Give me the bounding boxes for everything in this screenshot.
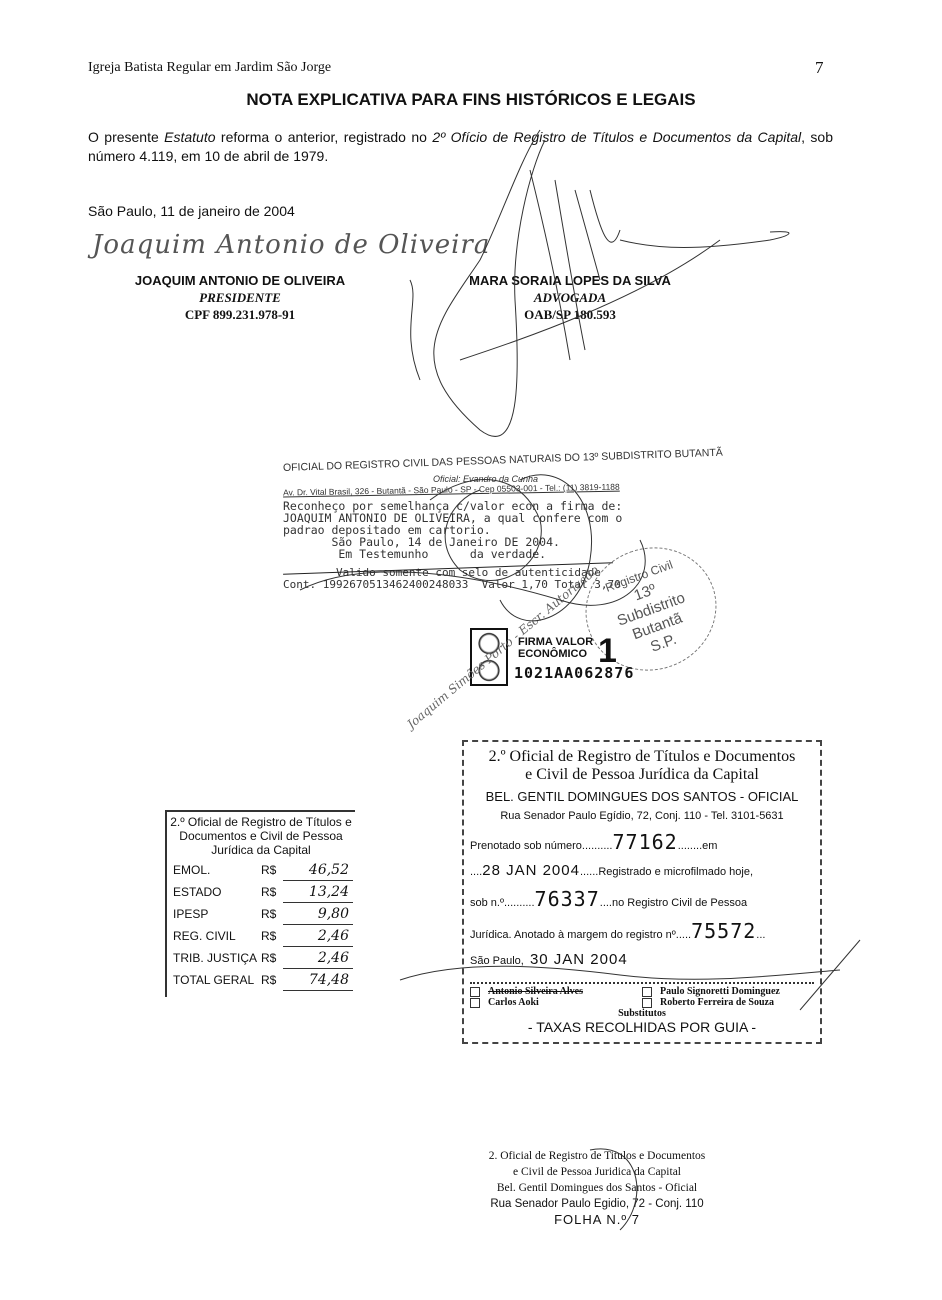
- registro-number-row: sob n.º..........76337....no Registro Ci…: [470, 887, 814, 911]
- registry-officer: BEL. GENTIL DOMINGUES DOS SANTOS - OFICI…: [464, 789, 820, 804]
- signature-line: [470, 982, 814, 984]
- prenotado-date: 28 JAN 2004: [482, 862, 580, 879]
- registrado-label: Registrado e microfilmado hoje,: [598, 866, 753, 878]
- fee-value: 2,46: [283, 925, 353, 947]
- substitute-name: Antonio Silveira Alves: [488, 986, 583, 997]
- fee-row: TRIB. JUSTIÇAR$2,46: [173, 947, 353, 969]
- fees-header: 2.º Oficial de Registro de Títulos e Doc…: [167, 812, 355, 857]
- registry-address: Rua Senador Paulo Egídio, 72, Conj. 110 …: [464, 810, 820, 822]
- registry-stamp: 2.º Oficial de Registro de Títulos e Doc…: [462, 740, 822, 1044]
- fees-table: EMOL.R$46,52ESTADOR$13,24IPESPR$9,80REG.…: [173, 859, 353, 991]
- fee-label: REG. CIVIL: [173, 925, 261, 947]
- substitutes-list: Antonio Silveira Alves Paulo Signoretti …: [470, 986, 814, 1008]
- checkbox-icon: [470, 998, 480, 1008]
- fee-row: TOTAL GERALR$74,48: [173, 969, 353, 991]
- prenotado-row: Prenotado sob número..........77162.....…: [470, 830, 814, 854]
- notary-address: Av. Dr. Vital Brasil, 326 - Butantã - Sã…: [283, 481, 683, 498]
- fee-currency: R$: [261, 925, 283, 947]
- checkbox-icon: [642, 998, 652, 1008]
- intro-paragraph: O presente Estatuto reforma o anterior, …: [88, 128, 833, 166]
- fee-value: 2,46: [283, 947, 353, 969]
- handwritten-signature: Joaquim Antonio de Oliveira: [92, 230, 490, 260]
- signer-doc: OAB/SP 180.593: [440, 306, 700, 323]
- registro-number: 76337: [535, 887, 600, 911]
- fee-value: 46,52: [283, 859, 353, 881]
- signer-lawyer: MARA SORAIA LOPES DA SILVA ADVOGADA OAB/…: [440, 272, 700, 323]
- anotado-row: Jurídica. Anotado à margem do registro n…: [470, 919, 814, 943]
- registrado-row: ....28 JAN 2004......Registrado e microf…: [470, 862, 814, 879]
- folha-number-row: FOLHA N.º 7: [462, 1212, 732, 1228]
- seal-label: FIRMA VALORECONÔMICO: [518, 636, 593, 660]
- fee-row: ESTADOR$13,24: [173, 881, 353, 903]
- signer-name: JOAQUIM ANTONIO DE OLIVEIRA: [100, 272, 380, 289]
- folha-number: 7: [632, 1212, 640, 1227]
- fee-label: TOTAL GERAL: [173, 969, 261, 991]
- fee-label: EMOL.: [173, 859, 261, 881]
- fee-value: 13,24: [283, 881, 353, 903]
- substitute-item: Paulo Signoretti Dominguez: [642, 986, 814, 997]
- place-date: São Paulo, 11 de janeiro de 2004: [88, 203, 295, 219]
- prenotado-number: 77162: [612, 830, 677, 854]
- fee-currency: R$: [261, 859, 283, 881]
- fees-stamp: 2.º Oficial de Registro de Títulos e Doc…: [165, 810, 355, 997]
- signer-role: ADVOGADA: [440, 289, 700, 306]
- fee-label: ESTADO: [173, 881, 261, 903]
- fee-currency: R$: [261, 947, 283, 969]
- fee-row: REG. CIVILR$2,46: [173, 925, 353, 947]
- notary-header: OFICIAL DO REGISTRO CIVIL DAS PESSOAS NA…: [283, 448, 683, 474]
- signer-doc: CPF 899.231.978-91: [100, 306, 380, 323]
- city-date-row: São Paulo, 30 JAN 2004: [470, 951, 814, 968]
- registro-civil-label: no Registro Civil de Pessoa: [612, 897, 747, 909]
- folha-stamp: 2. Oficial de Registro de Titulos e Docu…: [462, 1148, 732, 1228]
- folha-line: 2. Oficial de Registro de Titulos e Docu…: [462, 1148, 732, 1164]
- checkbox-icon: [470, 987, 480, 997]
- folha-line: Rua Senador Paulo Egidio, 72 - Conj. 110: [462, 1196, 732, 1212]
- substitute-item: Carlos Aoki: [470, 997, 642, 1008]
- signer-name: MARA SORAIA LOPES DA SILVA: [440, 272, 700, 289]
- fee-currency: R$: [261, 969, 283, 991]
- folha-line: Bel. Gentil Domingues dos Santos - Ofici…: [462, 1180, 732, 1196]
- seal-label-2: ECONÔMICO: [518, 648, 593, 660]
- registry-title-2: e Civil de Pessoa Jurídica da Capital: [464, 766, 820, 784]
- document-header-organization: Igreja Batista Regular em Jardim São Jor…: [88, 60, 331, 76]
- substitutes-label: Substitutos: [464, 1008, 820, 1019]
- seal-number: 1: [598, 632, 617, 671]
- taxes-note: - TAXAS RECOLHIDAS POR GUIA -: [464, 1019, 820, 1035]
- signer-role: PRESIDENTE: [100, 289, 380, 306]
- fee-label: IPESP: [173, 903, 261, 925]
- fee-currency: R$: [261, 903, 283, 925]
- folha-label: FOLHA N.º: [554, 1212, 627, 1227]
- substitute-item: Roberto Ferreira de Souza: [642, 997, 814, 1008]
- fee-row: IPESPR$9,80: [173, 903, 353, 925]
- city-label: São Paulo,: [470, 955, 524, 967]
- substitute-name: Paulo Signoretti Dominguez: [660, 986, 780, 997]
- folha-line: e Civil de Pessoa Juridica da Capital: [462, 1164, 732, 1180]
- intro-text-2: reforma o anterior, registrado no: [216, 129, 433, 145]
- page-number: 7: [815, 58, 824, 78]
- substitute-name: Carlos Aoki: [488, 997, 539, 1008]
- fee-currency: R$: [261, 881, 283, 903]
- prenotado-label: Prenotado sob número: [470, 840, 582, 852]
- anotado-label: Jurídica. Anotado à margem do registro n…: [470, 929, 676, 941]
- fee-label: TRIB. JUSTIÇA: [173, 947, 261, 969]
- registry-title-1: 2.º Oficial de Registro de Títulos e Doc…: [464, 748, 820, 766]
- anotado-number: 75572: [691, 919, 756, 943]
- signer-president: JOAQUIM ANTONIO DE OLIVEIRA PRESIDENTE C…: [100, 272, 380, 323]
- city-date: 30 JAN 2004: [530, 951, 628, 968]
- intro-text-1: O presente: [88, 129, 164, 145]
- substitute-name: Roberto Ferreira de Souza: [660, 997, 774, 1008]
- intro-oficio: 2º Ofício de Registro de Títulos e Docum…: [432, 129, 801, 145]
- sob-label: sob n.º: [470, 897, 504, 909]
- fee-value: 74,48: [283, 969, 353, 991]
- seal-label-1: FIRMA VALOR: [518, 636, 593, 648]
- notary-body: Reconheço por semelhança c/valor econ a …: [283, 500, 683, 560]
- page-title: NOTA EXPLICATIVA PARA FINS HISTÓRICOS E …: [0, 90, 942, 110]
- fee-value: 9,80: [283, 903, 353, 925]
- fee-row: EMOL.R$46,52: [173, 859, 353, 881]
- checkbox-icon: [642, 987, 652, 997]
- em-label: em: [702, 840, 717, 852]
- intro-estatuto: Estatuto: [164, 129, 215, 145]
- substitute-item: Antonio Silveira Alves: [470, 986, 642, 997]
